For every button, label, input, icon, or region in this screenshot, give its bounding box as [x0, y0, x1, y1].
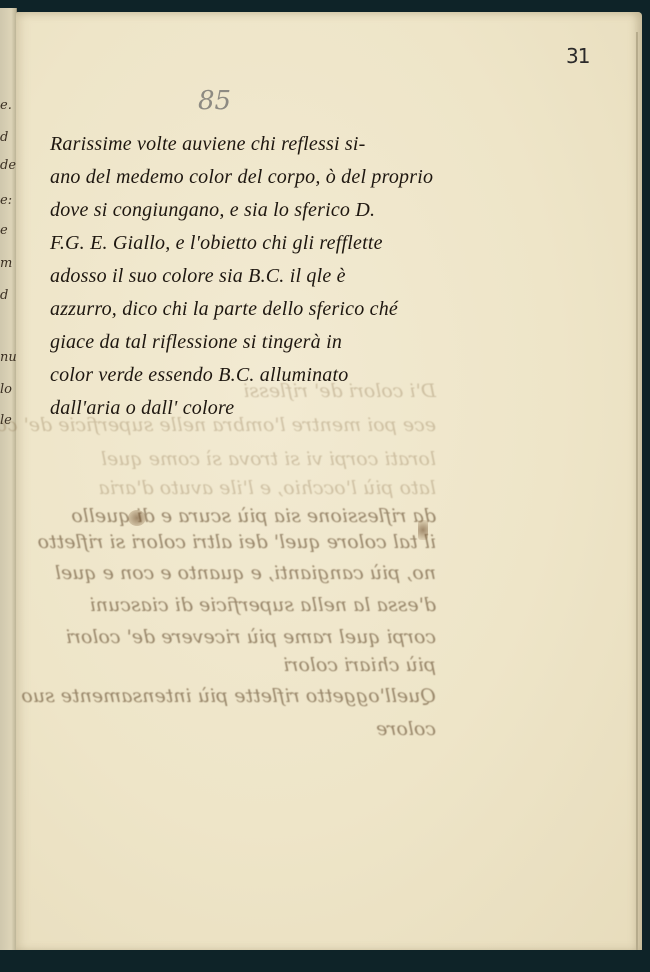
bleed-through-line: Quell'oggetto riflette più intensamente …	[46, 685, 436, 707]
text-line: giace da tal riflessione si tingerà in	[50, 326, 440, 359]
margin-fragment: de	[0, 158, 16, 173]
text-line: ano del medemo color del corpo, ò del pr…	[50, 161, 440, 194]
bleed-through-line: lorati corpi vi si trova sì come quel	[46, 448, 436, 470]
margin-fragment: m	[0, 256, 12, 271]
text-line: color verde essendo B.C. alluminato	[50, 359, 440, 392]
bleed-through-line: il tal colore quel' dei altri colori si …	[46, 531, 436, 553]
bleed-through-line: colore	[46, 718, 436, 740]
page-edge-line	[636, 32, 638, 967]
bleed-through-line: da riflessione sia più scura e di quello	[46, 505, 436, 527]
pencil-folio-number: 85	[198, 86, 231, 116]
text-line: azzurro, dico chi la parte dello sferico…	[50, 293, 440, 326]
ink-blot	[128, 510, 146, 526]
margin-fragment: e.	[0, 98, 12, 113]
margin-fragment: e	[0, 223, 8, 238]
bleed-through-line: corpi quel rame più ricevere de' colori	[46, 626, 436, 648]
scan-background-bottom	[0, 950, 650, 972]
margin-fragment: nu	[0, 350, 17, 365]
bleed-through-line: più chiari colori	[46, 654, 436, 676]
text-line: adosso il suo colore sia B.C. il qle è	[50, 260, 440, 293]
page-number: 31	[566, 44, 589, 68]
margin-fragment: d	[0, 288, 8, 303]
bleed-through-line: d'essa la nella superficie di ciascuni	[46, 594, 436, 616]
bleed-through-line: no, più cangianti, e quanto e con e quel	[46, 562, 436, 584]
margin-fragment: lo	[0, 382, 12, 397]
margin-fragment: d	[0, 130, 8, 145]
margin-fragment: e:	[0, 193, 12, 208]
text-line: Rarissime volte auviene chi reflessi si-	[50, 128, 440, 161]
text-line: dove si congiungano, e sia lo sferico D.	[50, 194, 440, 227]
main-text-block: Rarissime volte auviene chi reflessi si-…	[50, 128, 440, 425]
facing-page-edge: e. d de e: e m d nu lo le	[0, 8, 17, 950]
ink-blot	[418, 520, 428, 540]
bleed-through-line: lato più l'occhio, e l'ile avuto d'aria	[46, 477, 436, 499]
text-line: F.G. E. Giallo, e l'obietto chi gli reff…	[50, 227, 440, 260]
text-line: dall'aria o dall' colore	[50, 392, 440, 425]
